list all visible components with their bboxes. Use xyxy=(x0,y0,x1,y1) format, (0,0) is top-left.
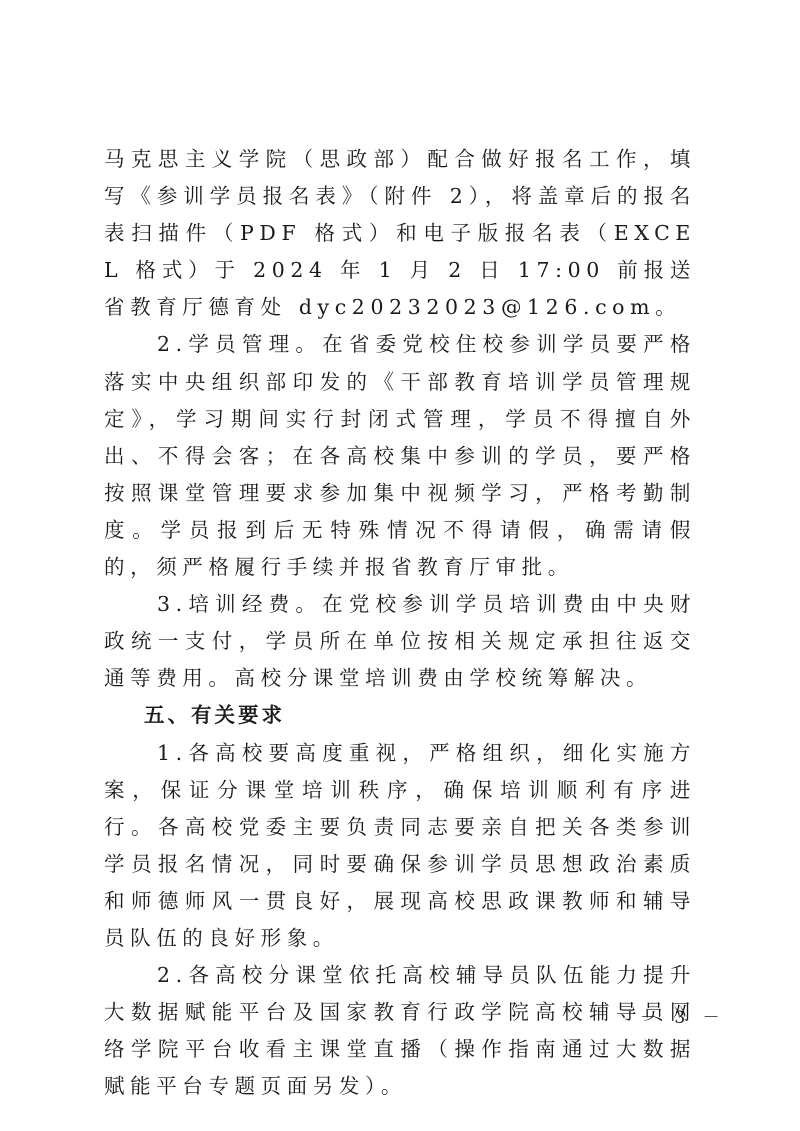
paragraph-requirement-1: 1.各高校要高度重视，严格组织，细化实施方案，保证分课堂培训秩序，确保培训顺利有… xyxy=(104,735,696,958)
document-body: 马克思主义学院（思政部）配合做好报名工作，填写《参训学员报名表》（附件 2），将… xyxy=(104,141,696,1105)
paragraph-requirement-2: 2.各高校分课堂依托高校辅导员队伍能力提升大数据赋能平台及国家教育行政学院高校辅… xyxy=(104,957,696,1105)
page-number: － 3 － xyxy=(640,1003,726,1028)
section-heading-requirements: 五、有关要求 xyxy=(104,697,696,734)
paragraph-training-funding: 3.培训经费。在党校参训学员培训费由中央财政统一支付，学员所在单位按相关规定承担… xyxy=(104,586,696,697)
paragraph-student-management: 2.学员管理。在省委党校住校参训学员要严格落实中央组织部印发的《干部教育培训学员… xyxy=(104,326,696,586)
paragraph-registration-continuation: 马克思主义学院（思政部）配合做好报名工作，填写《参训学员报名表》（附件 2），将… xyxy=(104,141,696,326)
